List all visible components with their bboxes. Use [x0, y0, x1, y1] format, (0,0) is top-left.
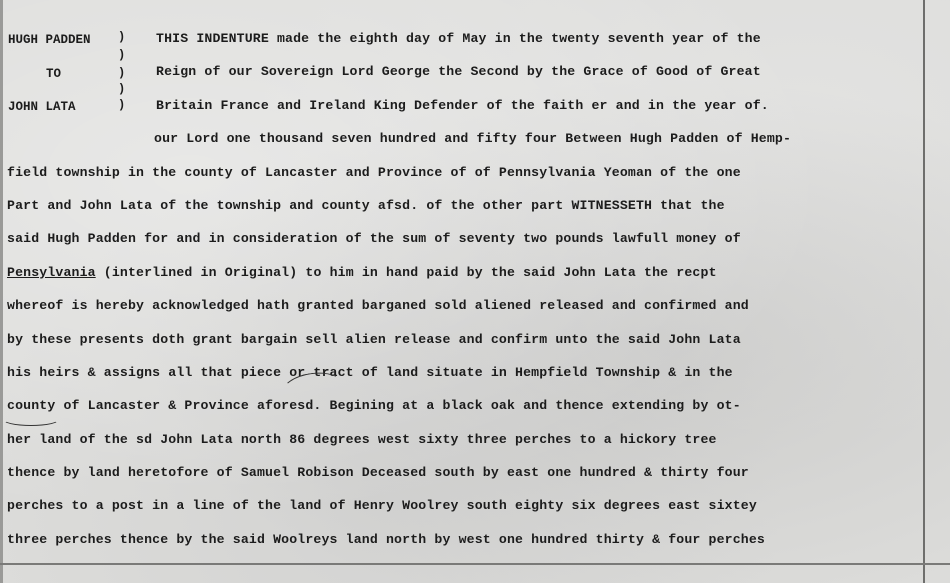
- left-page-edge: [0, 0, 3, 583]
- deed-line: said Hugh Padden for and in consideratio…: [7, 222, 922, 255]
- deed-line: by these presents doth grant bargain sel…: [7, 323, 922, 356]
- deed-line: THIS INDENTURE made the eighth day of Ma…: [7, 22, 922, 55]
- deed-line: her land of the sd John Lata north 86 de…: [7, 423, 922, 456]
- deed-line: thence by land heretofore of Samuel Robi…: [7, 456, 922, 489]
- deed-line: county of Lancaster & Province aforesd. …: [7, 389, 922, 422]
- deed-line: Reign of our Sovereign Lord George the S…: [7, 55, 922, 88]
- underlined-word: Pensylvania: [7, 265, 96, 280]
- deed-line: Part and John Lata of the township and c…: [7, 189, 922, 222]
- right-margin-rule: [923, 0, 925, 583]
- pen-mark: [2, 412, 60, 426]
- deed-line: our Lord one thousand seven hundred and …: [7, 122, 922, 155]
- deed-page: HUGH PADDEN TO JOHN LATA ) ) ) ) ) THIS …: [0, 0, 950, 583]
- deed-line: his heirs & assigns all that piece or tr…: [7, 356, 922, 389]
- deed-line: whereof is hereby acknowledged hath gran…: [7, 289, 922, 322]
- deed-line: field township in the county of Lancaste…: [7, 156, 922, 189]
- deed-line: perches to a post in a line of the land …: [7, 489, 922, 522]
- deed-line: three perches thence by the said Woolrey…: [7, 523, 922, 556]
- deed-body: THIS INDENTURE made the eighth day of Ma…: [7, 22, 922, 556]
- bottom-rule: [0, 563, 950, 565]
- deed-line: Britain France and Ireland King Defender…: [7, 89, 922, 122]
- deed-line: Pensylvania (interlined in Original) to …: [7, 256, 922, 289]
